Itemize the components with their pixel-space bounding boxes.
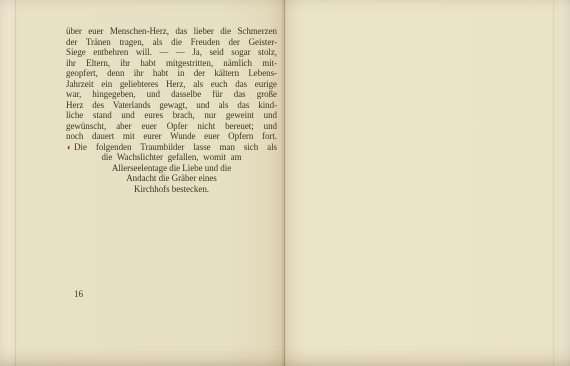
page-edge-left [0, 0, 16, 366]
paragraph-text: Die folgenden Traumbilder lasse man sich… [74, 142, 277, 152]
right-page: Jch hörte (träumte mir) ein weites Stöhn… [283, 0, 570, 366]
text-line: Kirchhofs bestecken. [66, 184, 277, 195]
text-line: noch dauert mit eurer Wunde euer Opfern … [66, 131, 277, 142]
left-page-text: über euer Menschen-Herz, das lieber die … [66, 26, 277, 194]
text-line: liche stand und eures brach, nur geweint… [66, 110, 277, 121]
text-line: Andacht die Gräber eines [66, 173, 277, 184]
text-line: ihr Eltern, ihr habt mitgestritten, näml… [66, 58, 277, 69]
text-line: Allerseelentage die Liebe und die [66, 163, 277, 174]
text-line: gewünscht, aber euer Opfer nicht bereuet… [66, 121, 277, 132]
text-line: ◖Die folgenden Traumbilder lasse man sic… [66, 142, 277, 153]
text-line: der Tränen tragen, als die Freuden der G… [66, 37, 277, 48]
text-line: die Wachslichter gefallen, womit am [66, 152, 277, 163]
left-page: über euer Menschen-Herz, das lieber die … [0, 0, 283, 366]
text-line: Herz des Vaterlands gewagt, und als das … [66, 100, 277, 111]
page-number-left: 16 [74, 289, 83, 299]
text-line: Jahrzeit ein geliebteres Herz, als euch … [66, 79, 277, 90]
text-line: geopfert, denn ihr habt in der kältern L… [66, 68, 277, 79]
text-line: war, hingegeben, und dasselbe für das gr… [66, 89, 277, 100]
text-line: Siege entbehren will. — — Ja, seid sogar… [66, 47, 277, 58]
text-line: über euer Menschen-Herz, das lieber die … [66, 26, 277, 37]
book-spread: über euer Menschen-Herz, das lieber die … [0, 0, 570, 366]
capitulum-mark: ◖ [66, 142, 71, 152]
page-edge-right [553, 0, 570, 366]
